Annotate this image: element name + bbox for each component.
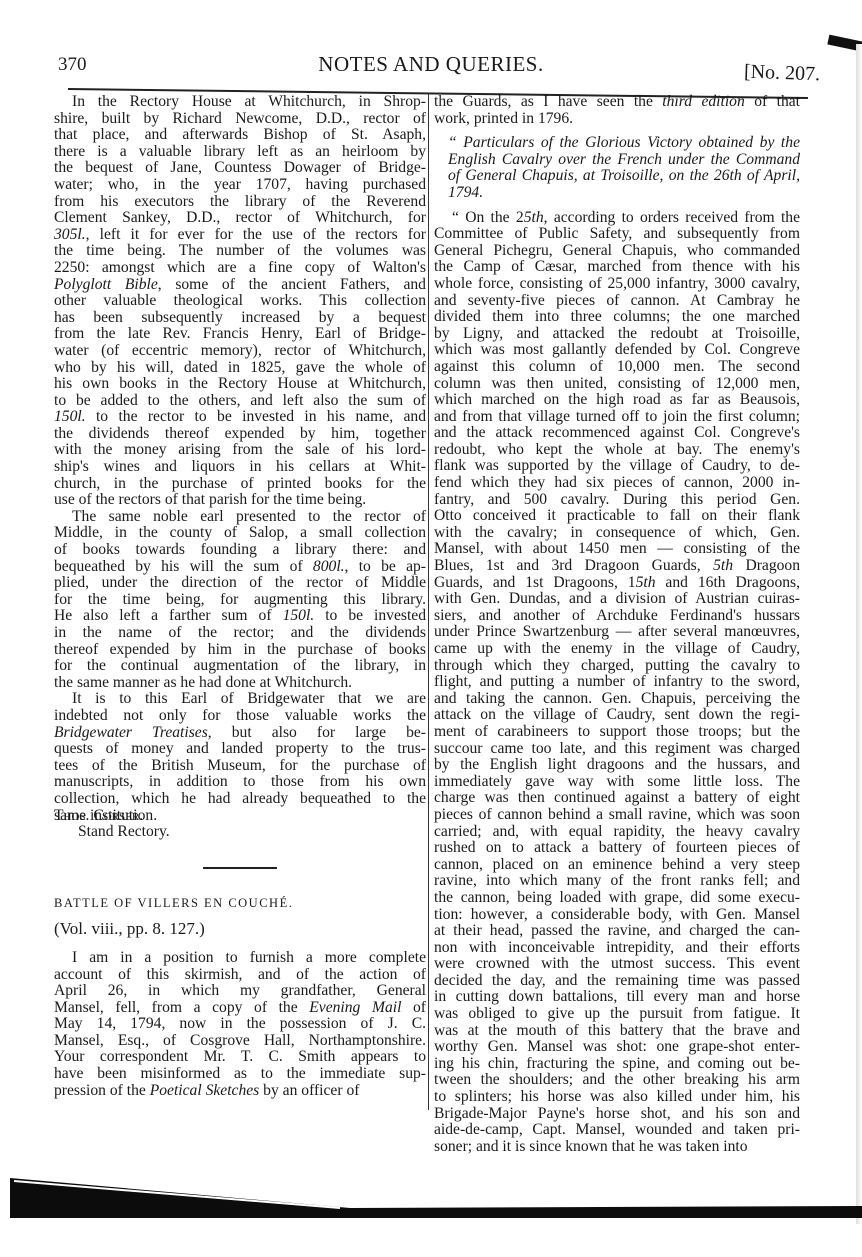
text-line: ment of carabineers to support those tro… <box>434 724 800 741</box>
text-line: from the late Rev. Francis Henry, Earl o… <box>54 326 426 343</box>
text-line: the Guards, as I have seen the third edi… <box>434 94 800 111</box>
text-line: who by his will, dated in 1825, gave the… <box>54 360 426 377</box>
text-line: column was then united, consisting of 12… <box>434 376 800 393</box>
text-line: 305l., left it for ever for the use of t… <box>54 227 426 244</box>
text-line: by the English light dragoons and the hu… <box>434 757 800 774</box>
text-line: tion: however, a considerable body, with… <box>434 907 800 924</box>
text-line: attack on the village of Caudry, sent do… <box>434 707 800 724</box>
text-line: ing his chin, fracturing the spine, and … <box>434 1056 800 1073</box>
text-line: by Ligny, and attacked the redoubt at Tr… <box>434 326 800 343</box>
text-line: there is a valuable library left as an h… <box>54 144 426 161</box>
paragraph-whitchurch-library: In the Rectory House at Whitchurch, in S… <box>54 94 426 509</box>
text-line: Blues, 1st and 3rd Dragoon Guards, 5th D… <box>434 558 800 575</box>
text-line: and seventy-five pieces of cannon. At Ca… <box>434 293 800 310</box>
text-line: Brigade-Major Payne's horse shot, and hi… <box>434 1106 800 1123</box>
text-line: 150l. to the rector to be invested in hi… <box>54 409 426 426</box>
text-line: with Gen. Dundas, and a division of Aust… <box>434 591 800 608</box>
text-line: the dividends thereof expended by him, t… <box>54 426 426 443</box>
text-line: pieces of cannon behind a small ravine, … <box>434 807 800 824</box>
text-line: the same manner as he had done at Whitch… <box>54 675 426 692</box>
paragraph-battle-account: “ On the 25th, according to orders recei… <box>434 210 800 1156</box>
text-line: fend which they had six pieces of cannon… <box>434 475 800 492</box>
text-line: at their head, passed the ravine, and ch… <box>434 923 800 940</box>
text-line: whole force, consisting of 25,000 infant… <box>434 276 800 293</box>
text-line: He also left a farther sum of 150l. to b… <box>54 608 426 625</box>
place-of-writing: Stand Rectory. <box>54 824 426 841</box>
page-edge <box>856 44 862 1224</box>
document-page: 370 NOTES AND QUERIES. [No. 207. In the … <box>0 0 862 1257</box>
text-line: non with inconceivable intrepidity, and … <box>434 940 800 957</box>
right-column: the Guards, as I have seen the third edi… <box>434 94 800 1155</box>
text-line: It is to this Earl of Bridgewater that w… <box>54 691 426 708</box>
text-line: plied, under the direction of the rector… <box>54 575 426 592</box>
text-line: collection, which he had already bequeat… <box>54 791 426 808</box>
column-divider <box>428 94 429 1110</box>
text-line: bequeathed by his will the sum of 800l.,… <box>54 559 426 576</box>
text-line: redoubt, who kept the whole at bay. The … <box>434 442 800 459</box>
text-line: the cannon, being loaded with grape, did… <box>434 890 800 907</box>
text-line: English Cavalry over the French under th… <box>448 152 800 169</box>
text-line: Your correspondent Mr. T. C. Smith appea… <box>54 1049 426 1066</box>
text-line: tees of the British Museum, for the purc… <box>54 758 426 775</box>
text-line: Guards, and 1st Dragoons, 15th and 16th … <box>434 575 800 592</box>
text-line: and from that village turned off to join… <box>434 409 800 426</box>
text-line: Committee of Public Safety, and subseque… <box>434 226 800 243</box>
text-line: with the money arising from the sale of … <box>54 442 426 459</box>
issue-number: [No. 207. <box>744 61 821 87</box>
text-line: Clement Sankey, D.D., rector of Whitchur… <box>54 210 426 227</box>
paragraph-battle-intro: I am in a position to furnish a more com… <box>54 950 426 1099</box>
text-line: account of this skirmish, and of the act… <box>54 967 426 984</box>
section-divider <box>203 867 277 869</box>
text-line: Bridgewater Treatises, but also for larg… <box>54 725 426 742</box>
text-line: of books towards founding a library ther… <box>54 542 426 559</box>
text-line: cannon, placed on an eminence behind a v… <box>434 857 800 874</box>
text-line: pression of the Poetical Sketches by an … <box>54 1083 426 1100</box>
text-line: May 14, 1794, now in the possession of J… <box>54 1016 426 1033</box>
text-line: in cutting down battalions, till every m… <box>434 989 800 1006</box>
text-line: manuscripts, in addition to those from h… <box>54 774 426 791</box>
left-column: In the Rectory House at Whitchurch, in S… <box>54 94 426 1099</box>
paragraph-middle-library: The same noble earl presented to the rec… <box>54 509 426 692</box>
text-line: the bequest of Jane, Countess Dowager of… <box>54 160 426 177</box>
text-line: indebted not only for those valuable wor… <box>54 708 426 725</box>
text-line: rushed on to attack a battery of fourtee… <box>434 840 800 857</box>
text-line: through which they charged, putting the … <box>434 658 800 675</box>
text-line: other valuable theological works. This c… <box>54 293 426 310</box>
text-line: thereof expended by him in the purchase … <box>54 642 426 659</box>
text-line: soner; and it is since known that he was… <box>434 1139 800 1156</box>
quoted-article-title: “ Particulars of the Glorious Victory ob… <box>434 135 800 201</box>
text-line: and taking the cannon. Gen. Chapuis, per… <box>434 691 800 708</box>
text-line: was at the mouth of this battery that th… <box>434 1023 800 1040</box>
paragraph-guards-continuation: the Guards, as I have seen the third edi… <box>434 94 800 127</box>
text-line: The same noble earl presented to the rec… <box>54 509 426 526</box>
text-line: succour came too late, and this regiment… <box>434 741 800 758</box>
text-line: the Camp of Cæsar, marched from thence w… <box>434 259 800 276</box>
text-line: decided the day, and the remaining time … <box>434 973 800 990</box>
text-line: I am in a position to furnish a more com… <box>54 950 426 967</box>
text-line: was obliged to give up the pursuit from … <box>434 1006 800 1023</box>
text-line: Polyglott Bible, some of the ancient Fat… <box>54 277 426 294</box>
text-line: carried; and, with equal rapidity, the h… <box>434 824 800 841</box>
page-bottom-shadow <box>10 1178 862 1218</box>
text-line: to splinters; his horse was also killed … <box>434 1089 800 1106</box>
text-line: Mansel, Esq., of Cosgrove Hall, Northamp… <box>54 1033 426 1050</box>
text-line: 1794. <box>448 185 800 202</box>
text-line: immediately gave way with some little lo… <box>434 774 800 791</box>
text-line: from his executors the library of the Re… <box>54 194 426 211</box>
text-line: which marched on the high road as far as… <box>434 392 800 409</box>
text-line: has been subsequently increased by a beq… <box>54 310 426 327</box>
text-line: Otto conceived it practicable to fall on… <box>434 508 800 525</box>
text-line: flank was supported by the village of Ca… <box>434 458 800 475</box>
text-line: under Prince Swartzenburg — after severa… <box>434 624 800 641</box>
text-line: his own books in the Rectory House at Wh… <box>54 376 426 393</box>
text-line: church, in the purchase of printed books… <box>54 476 426 493</box>
text-line: ravine, into which many of the front ran… <box>434 873 800 890</box>
text-line: to be added to the others, and left also… <box>54 393 426 410</box>
text-line: of General Chapuis, at Troisoille, on th… <box>448 168 800 185</box>
text-line: water (of eccentric memory), rector of W… <box>54 343 426 360</box>
text-line: flight, and putting a number of infantry… <box>434 674 800 691</box>
text-line: worthy Gen. Mansel was shot: one grape-s… <box>434 1039 800 1056</box>
text-line: and the attack recommenced against Col. … <box>434 425 800 442</box>
text-line: General Pichegru, General Chapuis, who c… <box>434 243 800 260</box>
text-line: for the continual augmentation of the li… <box>54 658 426 675</box>
paragraph-earl-bridgewater: It is to this Earl of Bridgewater that w… <box>54 691 426 824</box>
text-line: which was most gallantly defended by Col… <box>434 342 800 359</box>
text-line: quests of money and landed property to t… <box>54 741 426 758</box>
text-line: tween the shoulders; and the other break… <box>434 1072 800 1089</box>
text-line: charge was then continued against a batt… <box>434 790 800 807</box>
text-line: siers, and another of Archduke Ferdinand… <box>434 608 800 625</box>
text-line: Mansel, with about 1450 men — consisting… <box>434 541 800 558</box>
text-line: fantry, and 500 cavalry. During this per… <box>434 492 800 509</box>
text-line: Middle, in the county of Salop, a small … <box>54 525 426 542</box>
signature: Thos. Corser. <box>54 808 426 825</box>
text-line: April 26, in which my grandfather, Gener… <box>54 983 426 1000</box>
text-line: ship's wines and liquors in his cellars … <box>54 459 426 476</box>
text-line: aide-de-camp, Capt. Mansel, wounded and … <box>434 1122 800 1139</box>
text-line: “ Particulars of the Glorious Victory ob… <box>448 135 800 152</box>
text-line: were crowned with the utmost success. Th… <box>434 956 800 973</box>
text-line: shire, built by Richard Newcome, D.D., r… <box>54 111 426 128</box>
text-line: have been misinformed as to the immediat… <box>54 1066 426 1083</box>
section-reference: (Vol. viii., pp. 8. 127.) <box>54 921 426 938</box>
journal-title: NOTES AND QUERIES. <box>0 52 862 77</box>
text-line: for the time being, for augmenting this … <box>54 592 426 609</box>
text-line: came up with the enemy in the village of… <box>434 641 800 658</box>
text-line: against this column of 10,000 men. The s… <box>434 359 800 376</box>
section-title: Battle of Villers en Couché. <box>54 895 426 912</box>
text-line: that place, and afterwards Bishop of St.… <box>54 127 426 144</box>
text-line: use of the rectors of that parish for th… <box>54 492 426 509</box>
text-line: divided them into three columns; the one… <box>434 309 800 326</box>
text-line: the time being. The number of the volume… <box>54 243 426 260</box>
text-line: In the Rectory House at Whitchurch, in S… <box>54 94 426 111</box>
text-line: water; who, in the year 1707, having pur… <box>54 177 426 194</box>
text-line: with the cavalry; in consequence of whic… <box>434 525 800 542</box>
text-line: work, printed in 1796. <box>434 111 800 128</box>
text-line: 2250: amongst which are a fine copy of W… <box>54 260 426 277</box>
text-line: Mansel, fell, from a copy of the Evening… <box>54 1000 426 1017</box>
text-line: in the name of the rector; and the divid… <box>54 625 426 642</box>
running-head: 370 NOTES AND QUERIES. [No. 207. <box>0 48 862 88</box>
text-line: “ On the 25th, according to orders recei… <box>434 210 800 227</box>
